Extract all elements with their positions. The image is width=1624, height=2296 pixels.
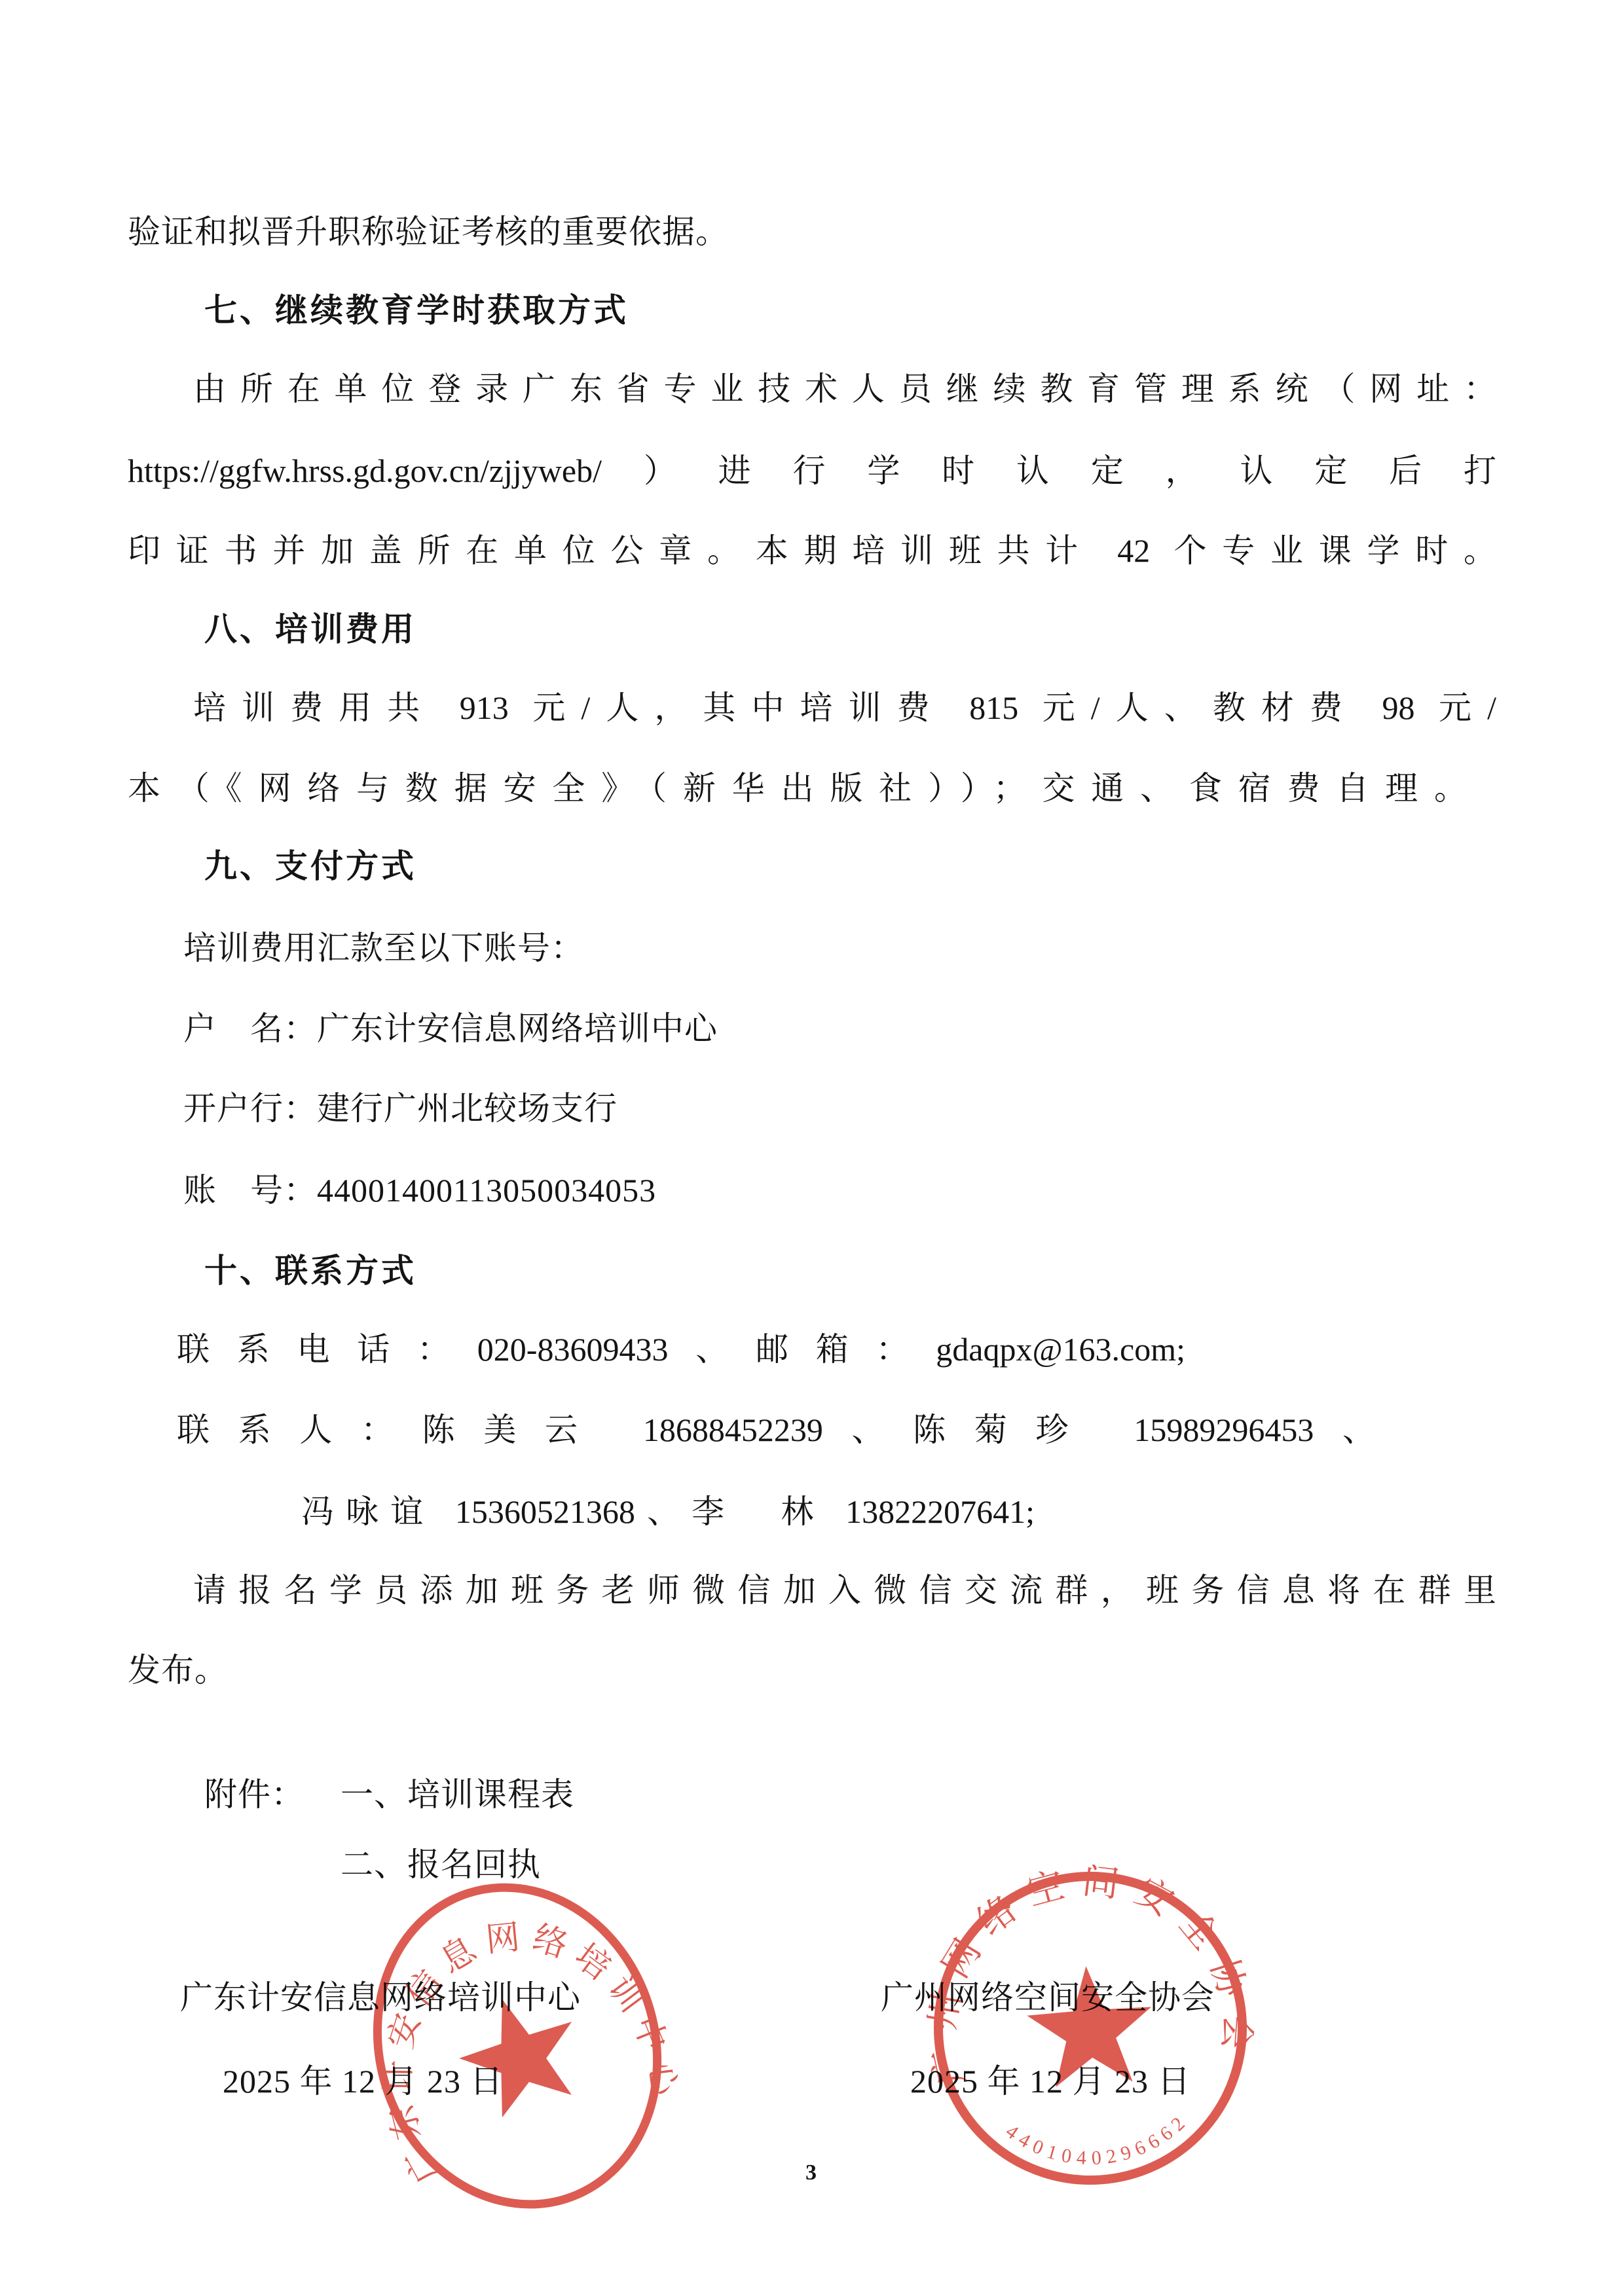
account-name: 户 名：广东计安信息网络培训中心 xyxy=(183,1008,718,1049)
stamp-left-star-icon xyxy=(446,1981,593,2124)
page-number: 3 xyxy=(805,2160,817,2185)
contact-phone-line: 联系电话：020-83609433、邮箱：gdaqpx@163.com; xyxy=(177,1329,1185,1370)
notice-line-1: 请报名学员添加班务老师微信加入微信交流群，班务信息将在群里 xyxy=(193,1570,1496,1611)
section-7-paragraph-3: 印证书并加盖所在单位公章。本期培训班共计 42 个专业课学时。 xyxy=(128,530,1496,571)
section-8-heading: 八、培训费用 xyxy=(204,609,416,649)
contact-persons-line-1: 联系人：陈美云 18688452239、陈菊珍 15989296453、 xyxy=(177,1410,1375,1450)
account-number: 账 号：44001400113050034053 xyxy=(183,1170,656,1211)
document-page: 验证和拟晋升职称验证考核的重要依据。 七、继续教育学时获取方式 由所在单位登录广… xyxy=(0,0,1624,2296)
stamp-left-seal: 广东计安信息网络培训中心 xyxy=(357,1869,678,2223)
section-10-heading: 十、联系方式 xyxy=(204,1250,416,1291)
contact-persons-line-2: 冯咏谊 15360521368、李 林 13822207641; xyxy=(301,1491,1035,1532)
stamp-right-star-icon xyxy=(1024,1962,1156,2089)
account-bank: 开户行：建行广州北较场支行 xyxy=(183,1088,618,1129)
section-8-paragraph-2: 本（《网络与数据安全》（新华出版社））；交通、食宿费自理。 xyxy=(128,768,1467,809)
payment-intro: 培训费用汇款至以下账号： xyxy=(183,928,584,968)
stamp-right-seal: 广州网络空间安全协会 4401040296662 xyxy=(927,1865,1254,2192)
section-7-heading: 七、继续教育学时获取方式 xyxy=(204,290,629,331)
paragraph-carryover: 验证和拟晋升职称验证考核的重要依据。 xyxy=(128,211,729,252)
attachment-item-1: 一、培训课程表 xyxy=(341,1774,574,1815)
section-7-paragraph-1: 由所在单位登录广东省专业技术人员继续教育管理系统（网址： xyxy=(193,369,1496,409)
section-7-paragraph-2: https://ggfw.hrss.gd.gov.cn/zjjyweb/）进行学… xyxy=(128,450,1496,491)
notice-line-2: 发布。 xyxy=(128,1650,228,1690)
attachments-label: 附件： xyxy=(204,1774,304,1815)
section-8-paragraph-1: 培训费用共 913 元/人，其中培训费 815 元/人、教材费 98 元/ xyxy=(193,687,1496,728)
section-9-heading: 九、支付方式 xyxy=(204,846,416,886)
